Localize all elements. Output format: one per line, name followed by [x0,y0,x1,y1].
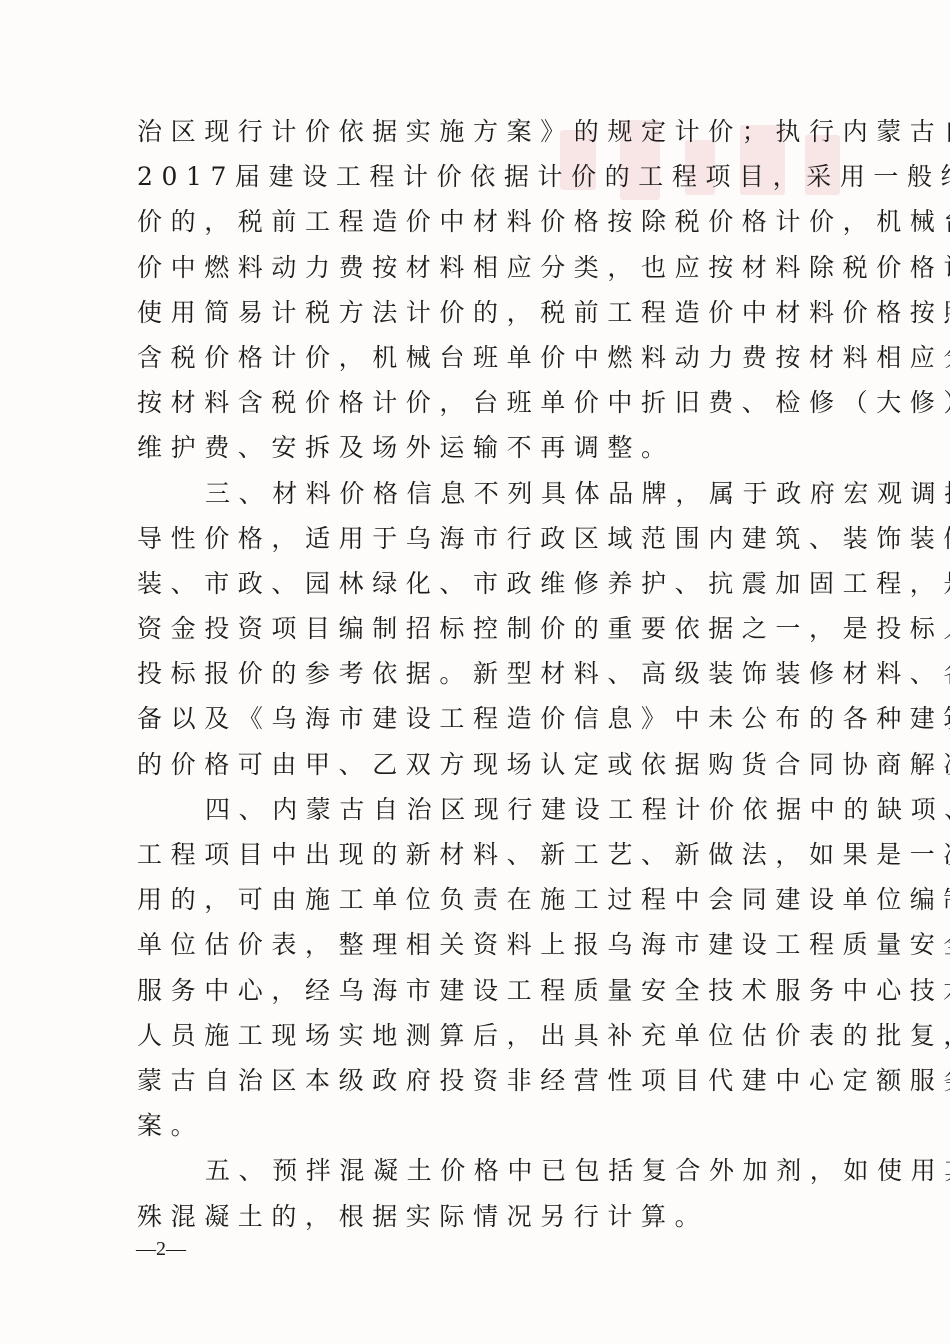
text-line: 五、预拌混凝土价格中已包括复合外加剂，如使用其他特 [137,1148,829,1193]
text-line: 四、内蒙古自治区现行建设工程计价依据中的缺项、建设 [137,787,829,832]
text-line: 的价格可由甲、乙双方现场认定或依据购货合同协商解决。 [137,742,829,787]
text-line: 价的，税前工程造价中材料价格按除税价格计价，机械台班单 [137,199,829,244]
text-line: 价中燃料动力费按材料相应分类，也应按材料除税价格计价； [137,245,829,290]
page-number: —2— [136,1238,186,1261]
text-line: 2017届建设工程计价依据计价的工程项目，采用一般纳税人计 [137,154,829,199]
text-line: 按材料含税价格计价，台班单价中折旧费、检修（大修）费、 [137,380,829,425]
text-line: 维护费、安拆及场外运输不再调整。 [137,425,829,470]
document-page: 治区现行计价依据实施方案》的规定计价；执行内蒙古自治区 2017届建设工程计价依… [0,0,950,1344]
document-body: 治区现行计价依据实施方案》的规定计价；执行内蒙古自治区 2017届建设工程计价依… [137,109,829,1239]
text-line: 导性价格，适用于乌海市行政区域范围内建筑、装饰装修、安 [137,516,829,561]
text-line: 单位估价表，整理相关资料上报乌海市建设工程质量安全技术 [137,922,829,967]
text-line: 资金投资项目编制招标控制价的重要依据之一，是投标人进行 [137,606,829,651]
text-line: 装、市政、园林绿化、市政维修养护、抗震加固工程，是国有 [137,561,829,606]
text-line: 备以及《乌海市建设工程造价信息》中未公布的各种建筑材料 [137,696,829,741]
text-line: 案。 [137,1103,829,1148]
paragraph-continuation: 治区现行计价依据实施方案》的规定计价；执行内蒙古自治区 2017届建设工程计价依… [137,109,829,471]
paragraph-section-3: 三、材料价格信息不列具体品牌，属于政府宏观调控的指 导性价格，适用于乌海市行政区… [137,471,829,787]
text-line: 治区现行计价依据实施方案》的规定计价；执行内蒙古自治区 [137,109,829,154]
text-line: 人员施工现场实地测算后，出具补充单位估价表的批复，报内 [137,1013,829,1058]
text-line: 投标报价的参考依据。新型材料、高级装饰装修材料、各类设 [137,651,829,696]
text-line: 工程项目中出现的新材料、新工艺、新做法，如果是一次性使 [137,832,829,877]
text-line: 含税价格计价，机械台班单价中燃料动力费按材料相应分类， [137,335,829,380]
paragraph-section-4: 四、内蒙古自治区现行建设工程计价依据中的缺项、建设 工程项目中出现的新材料、新工… [137,787,829,1149]
paragraph-section-5: 五、预拌混凝土价格中已包括复合外加剂，如使用其他特 殊混凝土的，根据实际情况另行… [137,1148,829,1238]
text-line: 服务中心，经乌海市建设工程质量安全技术服务中心技术服务 [137,968,829,1013]
text-line: 蒙古自治区本级政府投资非经营性项目代建中心定额服务处备 [137,1058,829,1103]
text-line: 殊混凝土的，根据实际情况另行计算。 [137,1194,829,1239]
text-line: 三、材料价格信息不列具体品牌，属于政府宏观调控的指 [137,471,829,516]
text-line: 使用简易计税方法计价的，税前工程造价中材料价格按照材料 [137,290,829,335]
text-line: 用的，可由施工单位负责在施工过程中会同建设单位编制补充 [137,877,829,922]
